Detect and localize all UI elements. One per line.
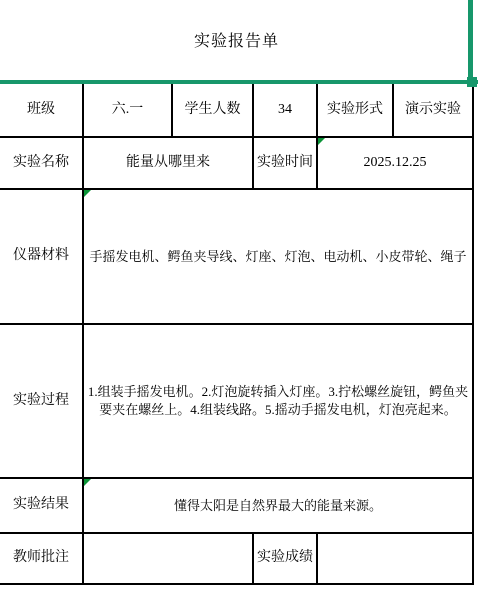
cell-students-label[interactable]: 学生人数 (172, 83, 253, 137)
cell-result-label[interactable]: 实验结果 (0, 478, 83, 533)
cell-process-value[interactable]: 1.组装手摇发电机。2.灯泡旋转插入灯座。3.拧松螺丝旋钮，鳄鱼夹要夹在螺丝上。… (83, 324, 473, 478)
cell-name-label[interactable]: 实验名称 (0, 137, 83, 189)
cell-class-value[interactable]: 六.一 (83, 83, 172, 137)
document-page: 实验报告单 班级 六.一 学生人数 34 实验形式 演示实验 实验名称 能量从哪… (0, 0, 480, 598)
result-value-text: 懂得太阳是自然界最大的能量来源。 (174, 498, 382, 513)
cell-process-label[interactable]: 实验过程 (0, 324, 83, 478)
table-row: 仪器材料 手摇发电机、鳄鱼夹导线、灯座、灯泡、电动机、小皮带轮、绳子 (0, 189, 473, 324)
cell-time-label[interactable]: 实验时间 (253, 137, 317, 189)
cell-form-label[interactable]: 实验形式 (317, 83, 393, 137)
experiment-report-table: 班级 六.一 学生人数 34 实验形式 演示实验 实验名称 能量从哪里来 实验时… (0, 82, 474, 585)
cell-flag-icon (318, 138, 325, 145)
cell-apparatus-value[interactable]: 手摇发电机、鳄鱼夹导线、灯座、灯泡、电动机、小皮带轮、绳子 (83, 189, 473, 324)
table-row: 实验结果 懂得太阳是自然界最大的能量来源。 (0, 478, 473, 533)
selection-border-horizontal (0, 80, 478, 84)
cell-teacher-label[interactable]: 教师批注 (0, 533, 83, 584)
time-value-text: 2025.12.25 (364, 155, 427, 170)
cell-class-label[interactable]: 班级 (0, 83, 83, 137)
table-row: 实验名称 能量从哪里来 实验时间 2025.12.25 (0, 137, 473, 189)
document-title[interactable]: 实验报告单 (0, 28, 473, 51)
cell-flag-icon (84, 190, 91, 197)
cell-score-label[interactable]: 实验成绩 (253, 533, 317, 584)
apparatus-value-text: 手摇发电机、鳄鱼夹导线、灯座、灯泡、电动机、小皮带轮、绳子 (89, 249, 466, 264)
cell-flag-icon (84, 479, 91, 486)
cell-score-value[interactable] (317, 533, 473, 584)
table-row: 班级 六.一 学生人数 34 实验形式 演示实验 (0, 83, 473, 137)
cell-result-value[interactable]: 懂得太阳是自然界最大的能量来源。 (83, 478, 473, 533)
cell-apparatus-label[interactable]: 仪器材料 (0, 189, 83, 324)
cell-name-value[interactable]: 能量从哪里来 (83, 137, 253, 189)
cell-teacher-note[interactable] (83, 533, 253, 584)
selection-handle[interactable] (467, 77, 477, 87)
cell-students-value[interactable]: 34 (253, 83, 317, 137)
table-row: 教师批注 实验成绩 (0, 533, 473, 584)
cell-form-value[interactable]: 演示实验 (393, 83, 473, 137)
cell-time-value[interactable]: 2025.12.25 (317, 137, 473, 189)
table-row: 实验过程 1.组装手摇发电机。2.灯泡旋转插入灯座。3.拧松螺丝旋钮，鳄鱼夹要夹… (0, 324, 473, 478)
selection-border-vertical (468, 0, 473, 80)
